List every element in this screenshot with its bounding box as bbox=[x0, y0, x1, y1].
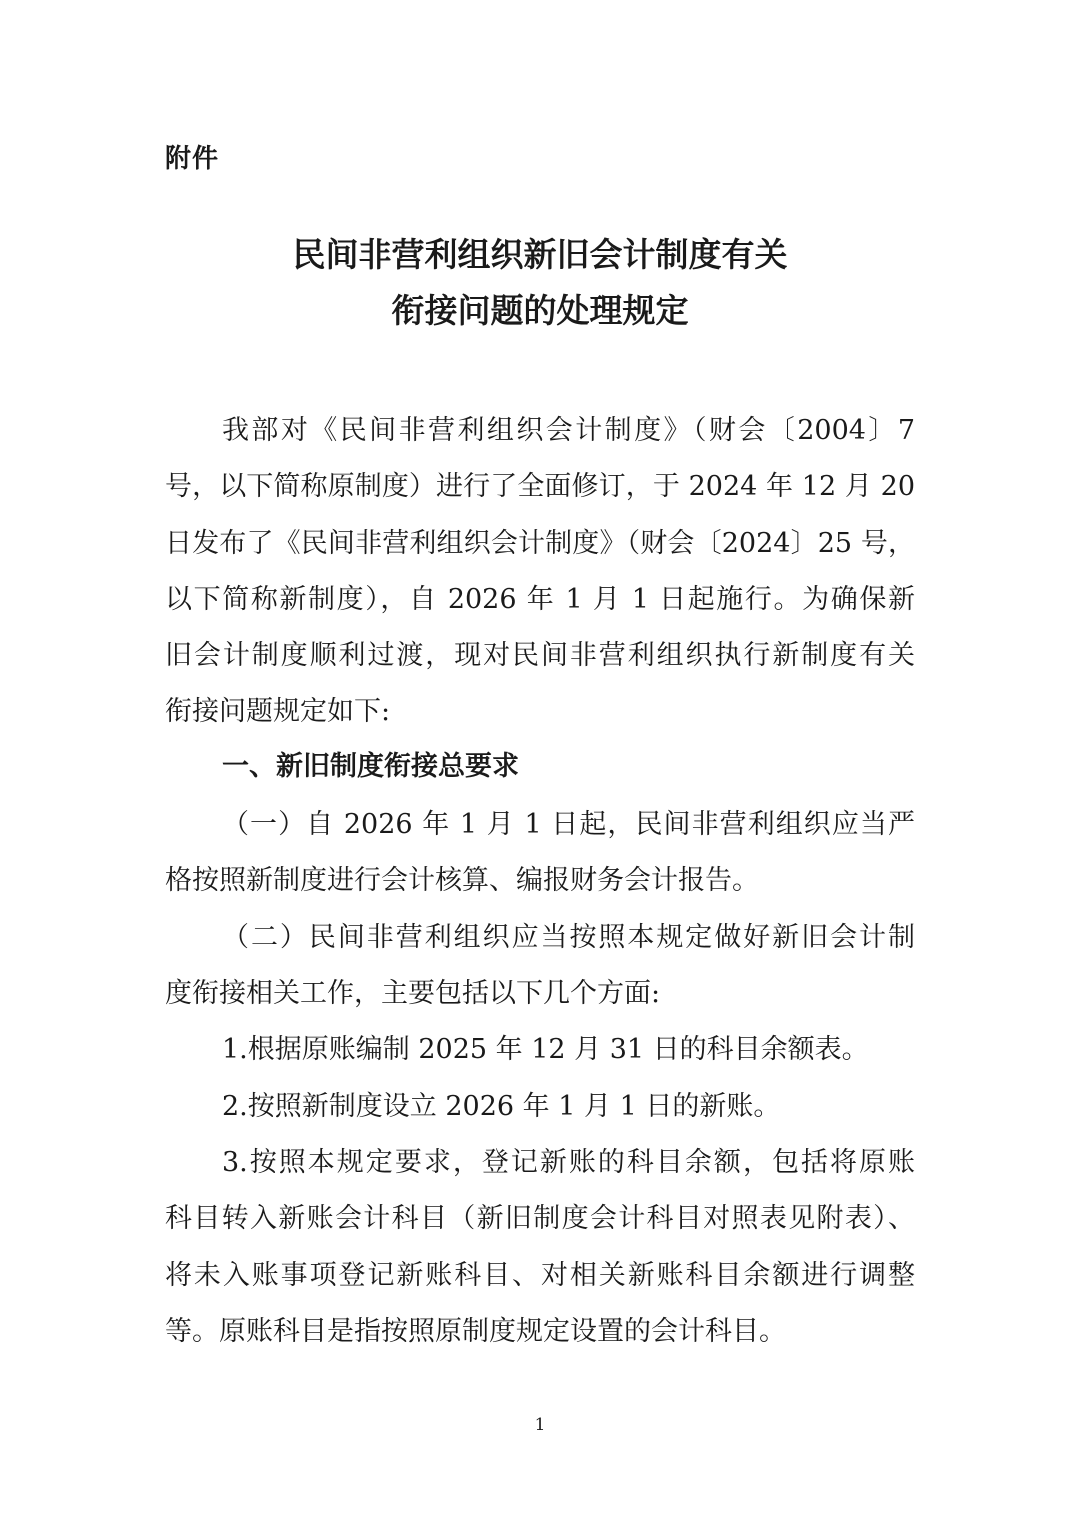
paragraph-line: 日发布了《民间非营利组织会计制度》（财会〔2024〕25 号， bbox=[165, 524, 915, 564]
paragraph-line: 度衔接相关工作，主要包括以下几个方面: bbox=[165, 974, 915, 1014]
paragraph-line: 旧会计制度顺利过渡，现对民间非营利组织执行新制度有关 bbox=[165, 636, 915, 676]
page-number: 1 bbox=[0, 1413, 1080, 1437]
paragraph-line: 衔接问题规定如下: bbox=[165, 692, 915, 732]
document-title-line-2: 衔接问题的处理规定 bbox=[0, 289, 1080, 333]
sub-item-2: 2.按照新制度设立 2026 年 1 月 1 日的新账。 bbox=[222, 1087, 915, 1127]
document-page: 附件 民间非营利组织新旧会计制度有关 衔接问题的处理规定 我部对《民间非营利组织… bbox=[0, 0, 1080, 1526]
document-title-line-1: 民间非营利组织新旧会计制度有关 bbox=[0, 233, 1080, 277]
paragraph-line: 以下简称新制度），自 2026 年 1 月 1 日起施行。为确保新 bbox=[165, 580, 915, 620]
sub-item-1: 1.根据原账编制 2025 年 12 月 31 日的科目余额表。 bbox=[222, 1030, 915, 1070]
paragraph-line: 等。原账科目是指按照原制度规定设置的会计科目。 bbox=[165, 1312, 915, 1352]
paragraph-line: 3.按照本规定要求，登记新账的科目余额，包括将原账 bbox=[222, 1143, 915, 1183]
paragraph-line: （一）自 2026 年 1 月 1 日起，民间非营利组织应当严 bbox=[222, 805, 915, 845]
paragraph-line: （二）民间非营利组织应当按照本规定做好新旧会计制 bbox=[222, 918, 915, 958]
paragraph-line: 我部对《民间非营利组织会计制度》（财会〔2004〕7 bbox=[222, 411, 915, 451]
section-heading: 一、新旧制度衔接总要求 bbox=[222, 747, 519, 787]
paragraph-line: 将未入账事项登记新账科目、对相关新账科目余额进行调整 bbox=[165, 1256, 915, 1296]
paragraph-line: 号，以下简称原制度）进行了全面修订，于 2024 年 12 月 20 bbox=[165, 467, 915, 507]
attachment-label: 附件 bbox=[165, 141, 219, 177]
paragraph-line: 格按照新制度进行会计核算、编报财务会计报告。 bbox=[165, 861, 915, 901]
paragraph-line: 科目转入新账会计科目（新旧制度会计科目对照表见附表）、 bbox=[165, 1199, 915, 1239]
